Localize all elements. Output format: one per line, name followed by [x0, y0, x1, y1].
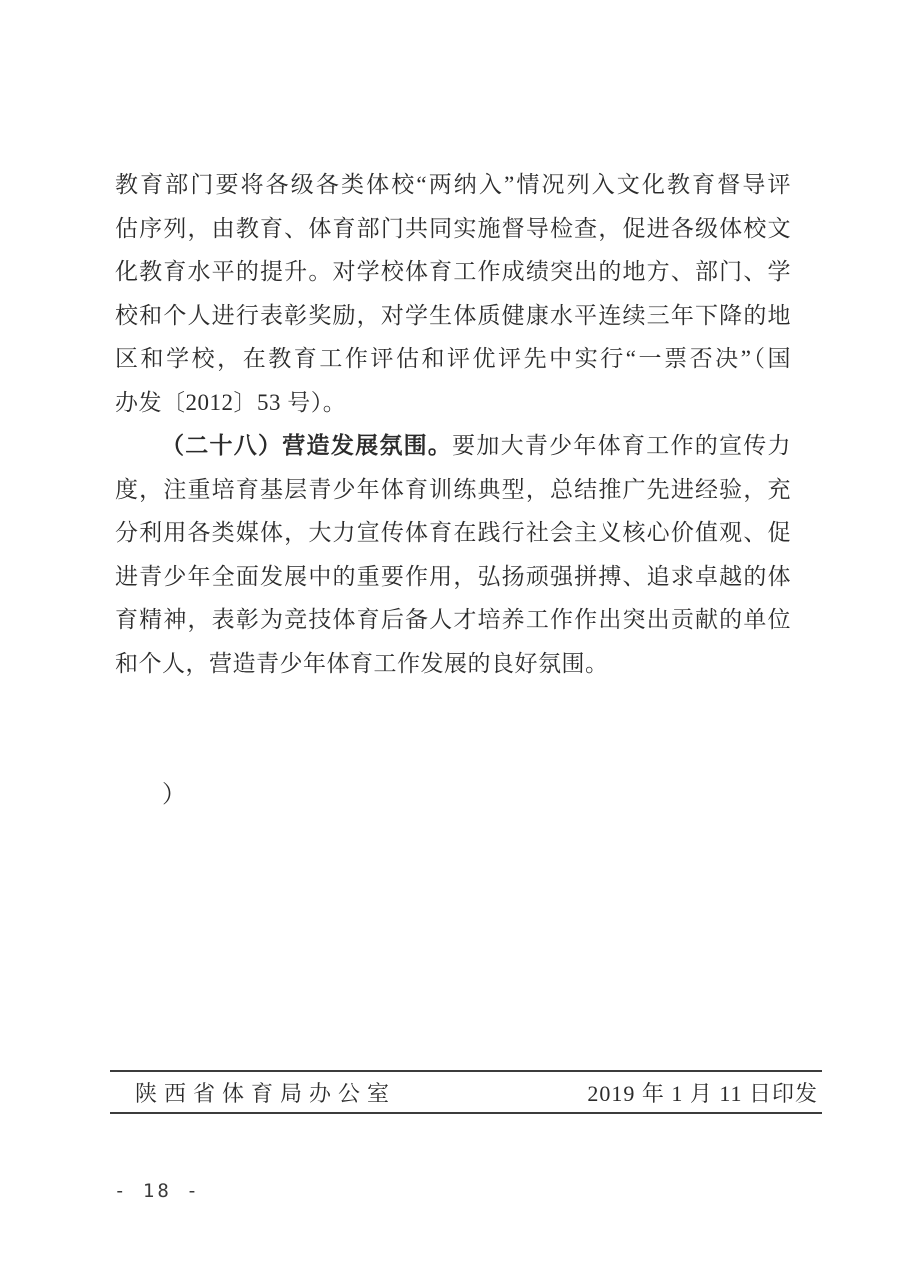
text-line: 估序列，由教育、体育部门共同实施督导检查，促进各级体校文	[115, 207, 791, 251]
text-line: 度，注重培育基层青少年体育训练典型，总结推广先进经验，充	[115, 468, 791, 512]
section-heading-rest: 要加大青少年体育工作的宣传力	[452, 433, 791, 458]
document-page: 教育部门要将各级各类体校“两纳入”情况列入文化教育督导评 估序列，由教育、体育部…	[0, 0, 900, 1272]
stray-paren-mark: ）	[162, 780, 186, 810]
paragraph-continuation: 教育部门要将各级各类体校“两纳入”情况列入文化教育督导评 估序列，由教育、体育部…	[115, 163, 791, 424]
paragraph-section-28: （二十八）营造发展氛围。要加大青少年体育工作的宣传力 度，注重培育基层青少年体育…	[115, 424, 791, 685]
page-number: - 18 -	[114, 1180, 201, 1202]
section-heading: （二十八）营造发展氛围。	[161, 433, 452, 458]
text-line: 教育部门要将各级各类体校“两纳入”情况列入文化教育督导评	[115, 163, 791, 207]
print-date: 2019 年 1 月 11 日印发	[587, 1077, 818, 1108]
text-line: 校和个人进行表彰奖励，对学生体质健康水平连续三年下降的地	[115, 294, 791, 338]
text-line: 办发〔2012〕53 号）。	[115, 381, 791, 425]
text-line: （二十八）营造发展氛围。要加大青少年体育工作的宣传力	[115, 424, 791, 468]
text-line: 和个人，营造青少年体育工作发展的良好氛围。	[115, 642, 791, 686]
text-line: 育精神，表彰为竞技体育后备人才培养工作作出突出贡献的单位	[115, 598, 791, 642]
text-line: 进青少年全面发展中的重要作用，弘扬顽强拼搏、追求卓越的体	[115, 555, 791, 599]
issuer-name: 陕西省体育局办公室	[135, 1077, 396, 1108]
text-line: 区和学校，在教育工作评估和评优评先中实行“一票否决”（国	[115, 337, 791, 381]
footer-colophon: 陕西省体育局办公室 2019 年 1 月 11 日印发	[110, 1070, 822, 1114]
text-line: 化教育水平的提升。对学校体育工作成绩突出的地方、部门、学	[115, 250, 791, 294]
text-line: 分利用各类媒体，大力宣传体育在践行社会主义核心价值观、促	[115, 511, 791, 555]
